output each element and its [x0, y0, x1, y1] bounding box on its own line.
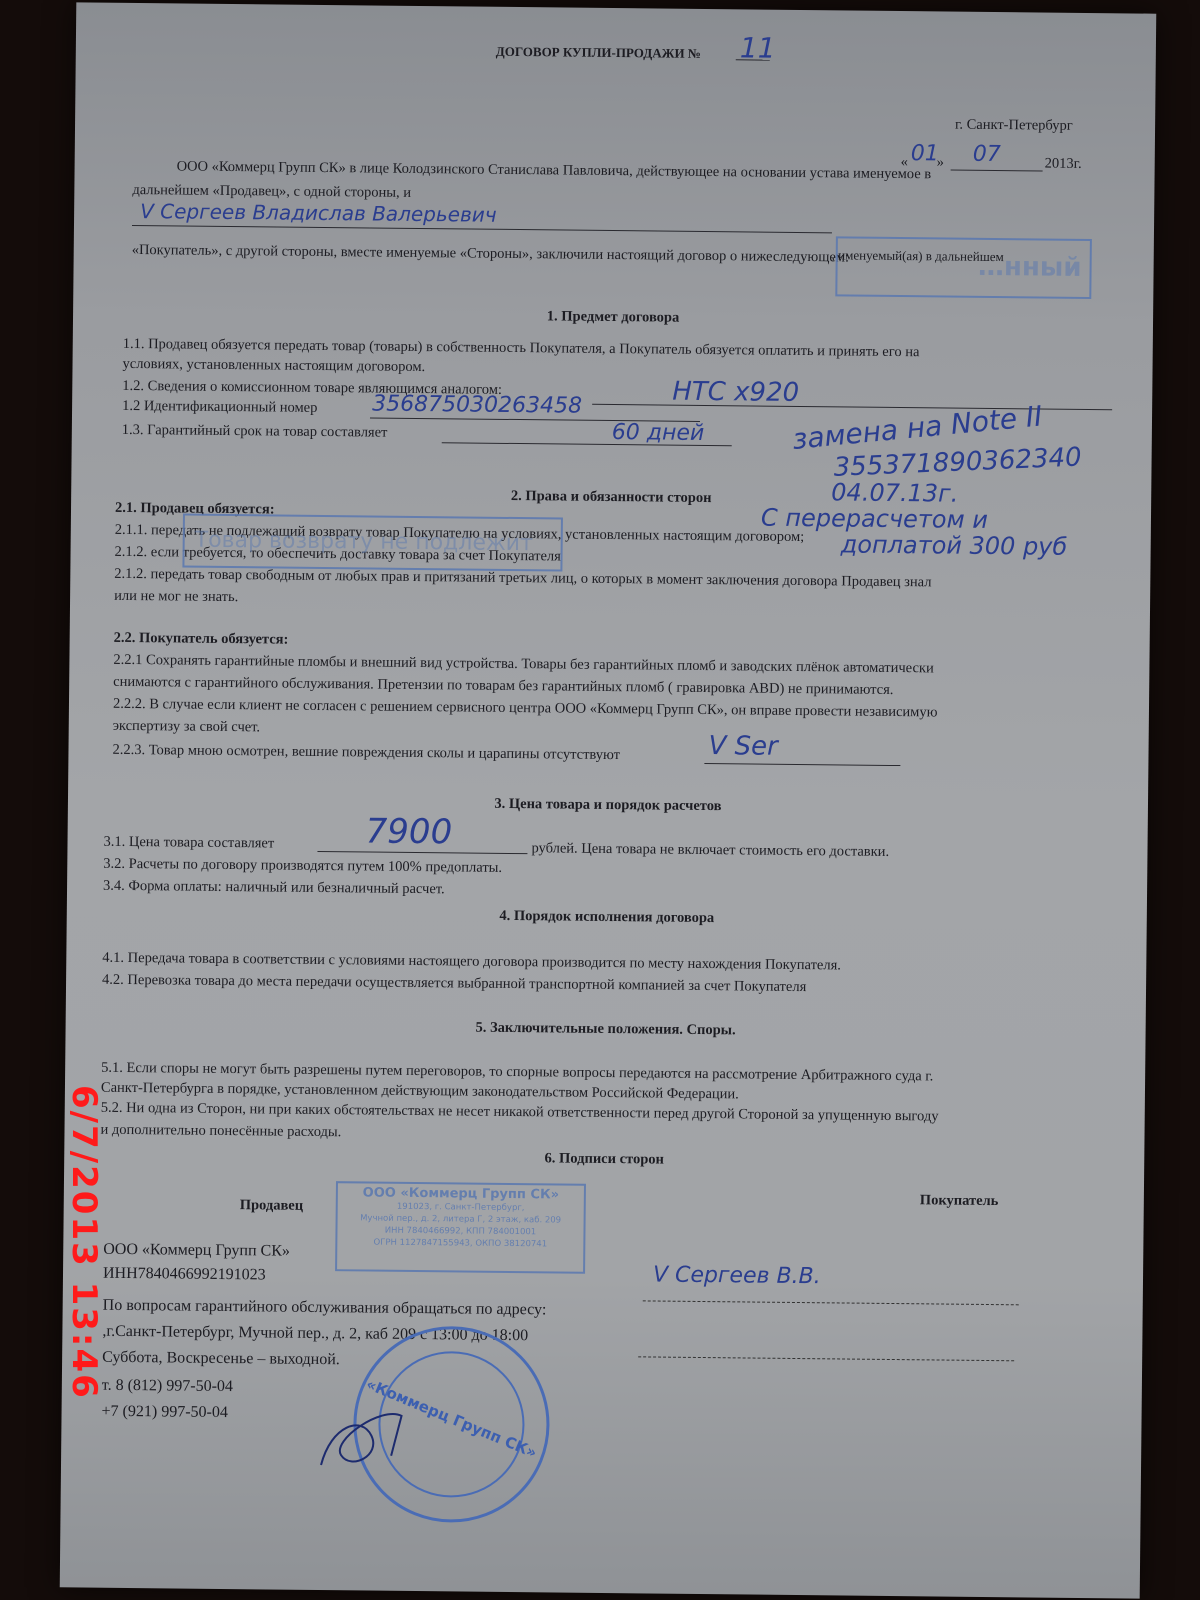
stamp-top-right: …нный — [835, 236, 1092, 299]
seller-signature — [311, 1395, 422, 1476]
date-year: 2013г. — [1045, 155, 1082, 173]
section-1-heading: 1. Предмет договора — [73, 302, 1153, 331]
date-day: 01 — [911, 141, 939, 166]
company-rect-stamp: ООО «Коммерц Групп СК» 191023, г. Санкт-… — [335, 1181, 586, 1274]
clause-2-2-3: 2.2.3. Товар мною осмотрен, вешние повре… — [112, 741, 620, 764]
handwritten-note-surcharge: доплатой 300 руб — [841, 530, 1068, 560]
camera-timestamp: 6/7/2013 13:46 — [64, 1085, 104, 1400]
clause-3-1-cont: рублей. Цена товара не включает стоимост… — [531, 839, 889, 861]
date-month: 07 — [973, 142, 1001, 167]
warranty-days-off: Суббота, Воскресенье – выходной. — [102, 1349, 340, 1369]
phone-1: т. 8 (812) 997-50-04 — [102, 1377, 233, 1396]
clause-3-1: 3.1. Цена товара составляет — [103, 833, 274, 853]
analog-model-handwritten: HTC x920 — [672, 377, 799, 408]
inspection-signature-line — [704, 763, 900, 766]
inspection-signature: V Ser — [708, 731, 778, 762]
clause-id-number: 1.2 Идентификационный номер — [122, 397, 318, 417]
section-6-heading: 6. Подписи сторон — [64, 1144, 1144, 1173]
document-title: ДОГОВОР КУПЛИ-ПРОДАЖИ № — [496, 43, 701, 63]
price-handwritten: 7900 — [365, 811, 452, 852]
buyer-signature-line-1 — [643, 1300, 1019, 1305]
imei-handwritten: 356875030263458 — [372, 392, 582, 419]
buyer-name-handwritten: V Сергеев Владислав Валерьевич — [140, 199, 497, 227]
clause-1-1-cont: условиях, установленных настоящим догово… — [122, 355, 425, 376]
phone-2: +7 (921) 997-50-04 — [101, 1403, 228, 1422]
buyer-signature: V Сергеев В.В. — [653, 1262, 821, 1289]
price-line — [317, 851, 527, 854]
clause-2-2-2-cont: экспертизу за свой счет. — [113, 717, 261, 737]
contract-page: ДОГОВОР КУПЛИ-ПРОДАЖИ № 11 г. Санкт-Пете… — [60, 2, 1157, 1598]
buyer-label: Покупатель — [920, 1191, 999, 1210]
seller-label: Продавец — [240, 1196, 304, 1215]
seller-inn: ИНН7840466992191023 — [103, 1265, 266, 1285]
buyer-signature-line-2 — [638, 1356, 1014, 1361]
contract-number: 11 — [740, 31, 776, 64]
clause-4-1: 4.1. Передача товара в соответствии с ус… — [102, 949, 841, 975]
clause-5-2-cont: и дополнительно понесённые расходы. — [100, 1121, 341, 1142]
city: г. Санкт-Петербург — [955, 116, 1073, 135]
intro-line-1: ООО «Коммерц Групп СК» в лице Колодзинск… — [177, 157, 932, 183]
clause-3-2: 3.2. Расчеты по договору производятся пу… — [103, 855, 502, 877]
section-3-heading: 3. Цена товара и порядок расчетов — [68, 790, 1148, 819]
stamp-no-return: Товар возврату не подлежит — [182, 514, 563, 572]
clause-3-4: 3.4. Форма оплаты: наличный или безналич… — [103, 877, 445, 899]
clause-2-1-3-cont: или не мог не знать. — [114, 587, 238, 606]
section-4-heading: 4. Порядок исполнения договора — [67, 902, 1147, 931]
warranty-contact-intro: По вопросам гарантийного обслуживания об… — [103, 1297, 547, 1320]
month-line — [951, 170, 1043, 172]
intro-line-4: «Покупатель», с другой стороны, вместе и… — [132, 241, 850, 267]
clause-1-3: 1.3. Гарантийный срок на товар составляе… — [122, 421, 388, 442]
seller-name: ООО «Коммерц Групп СК» — [103, 1241, 290, 1261]
warranty-term-handwritten: 60 дней — [612, 420, 705, 446]
section-5-heading: 5. Заключительные положения. Споры. — [66, 1014, 1146, 1043]
subheading-buyer-obligations: 2.2. Покупатель обязуется: — [114, 629, 289, 649]
clause-4-2: 4.2. Перевозка товара до места передачи … — [102, 971, 806, 996]
